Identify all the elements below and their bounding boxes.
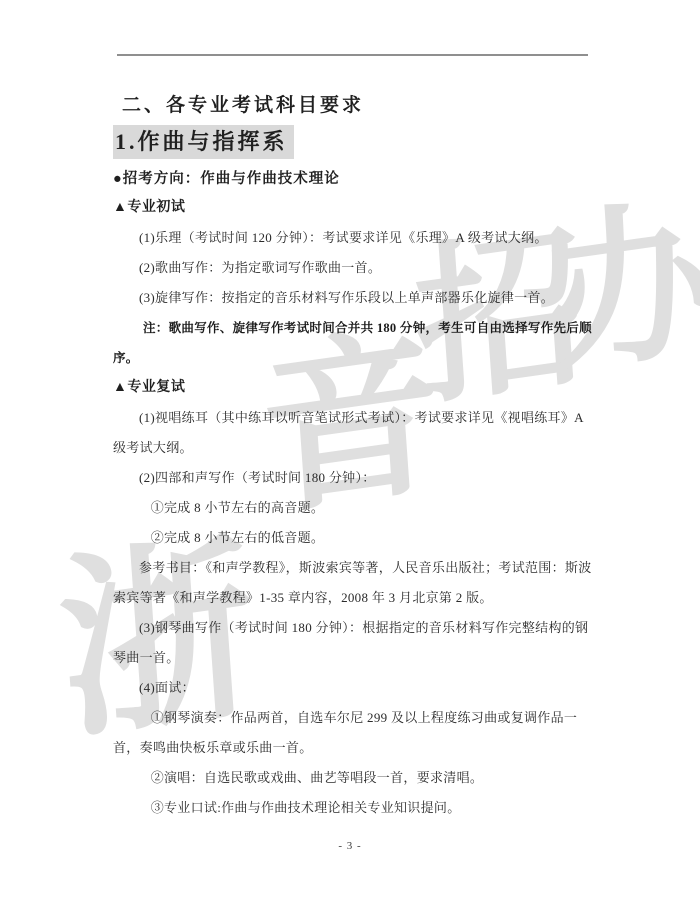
department-heading: 1.作曲与指挥系 bbox=[113, 125, 597, 159]
preliminary-item-1: (1)乐理（考试时间 120 分钟）：考试要求详见《乐理》A 级考试大纲。 bbox=[113, 223, 597, 253]
retest-item-4-sub-1: ①钢琴演奏：作品两首，自选车尔尼 299 及以上程度练习曲或复调作品一首，奏鸣曲… bbox=[113, 703, 597, 763]
retest-item-4: (4)面试： bbox=[113, 673, 597, 703]
preliminary-item-2: (2)歌曲写作：为指定歌词写作歌曲一首。 bbox=[113, 253, 597, 283]
retest-item-4-sub-3: ③专业口试:作曲与作曲技术理论相关专业知识提问。 bbox=[113, 793, 597, 823]
document-page: 浙 音 招 办 二、各专业考试科目要求 1.作曲与指挥系 ●招考方向：作曲与作曲… bbox=[0, 0, 700, 905]
document-body: 二、各专业考试科目要求 1.作曲与指挥系 ●招考方向：作曲与作曲技术理论 ▲专业… bbox=[113, 90, 597, 823]
preliminary-item-3: (3)旋律写作：按指定的音乐材料写作乐段以上单声部器乐化旋律一首。 bbox=[113, 283, 597, 313]
retest-item-3: (3)钢琴曲写作（考试时间 180 分钟）：根据指定的音乐材料写作完整结构的钢琴… bbox=[113, 613, 597, 673]
retest-item-2-sub-1: ①完成 8 小节左右的高音题。 bbox=[113, 493, 597, 523]
page-number: - 3 - bbox=[0, 840, 700, 852]
retest-item-4-sub-2: ②演唱：自选民歌或戏曲、曲艺等唱段一首，要求清唱。 bbox=[113, 763, 597, 793]
section-title: 二、各专业考试科目要求 bbox=[122, 94, 597, 118]
retest-item-2-reference: 参考书目：《和声学教程》，斯波索宾等著，人民音乐出版社；考试范围：斯波索宾等著《… bbox=[113, 553, 597, 613]
retest-exam-heading: ▲专业复试 bbox=[113, 373, 597, 403]
retest-item-2-sub-2: ②完成 8 小节左右的低音题。 bbox=[113, 523, 597, 553]
retest-item-1: (1)视唱练耳（其中练耳以听音笔试形式考试）：考试要求详见《视唱练耳》A 级考试… bbox=[113, 403, 597, 463]
preliminary-note: 注：歌曲写作、旋律写作考试时间合并共 180 分钟，考生可自由选择写作先后顺序。 bbox=[113, 313, 597, 373]
admission-direction: ●招考方向：作曲与作曲技术理论 bbox=[113, 165, 597, 193]
retest-item-2: (2)四部和声写作（考试时间 180 分钟）： bbox=[113, 463, 597, 493]
preliminary-exam-heading: ▲专业初试 bbox=[113, 193, 597, 223]
department-heading-highlight: 1.作曲与指挥系 bbox=[113, 125, 294, 159]
header-rule bbox=[117, 54, 588, 56]
